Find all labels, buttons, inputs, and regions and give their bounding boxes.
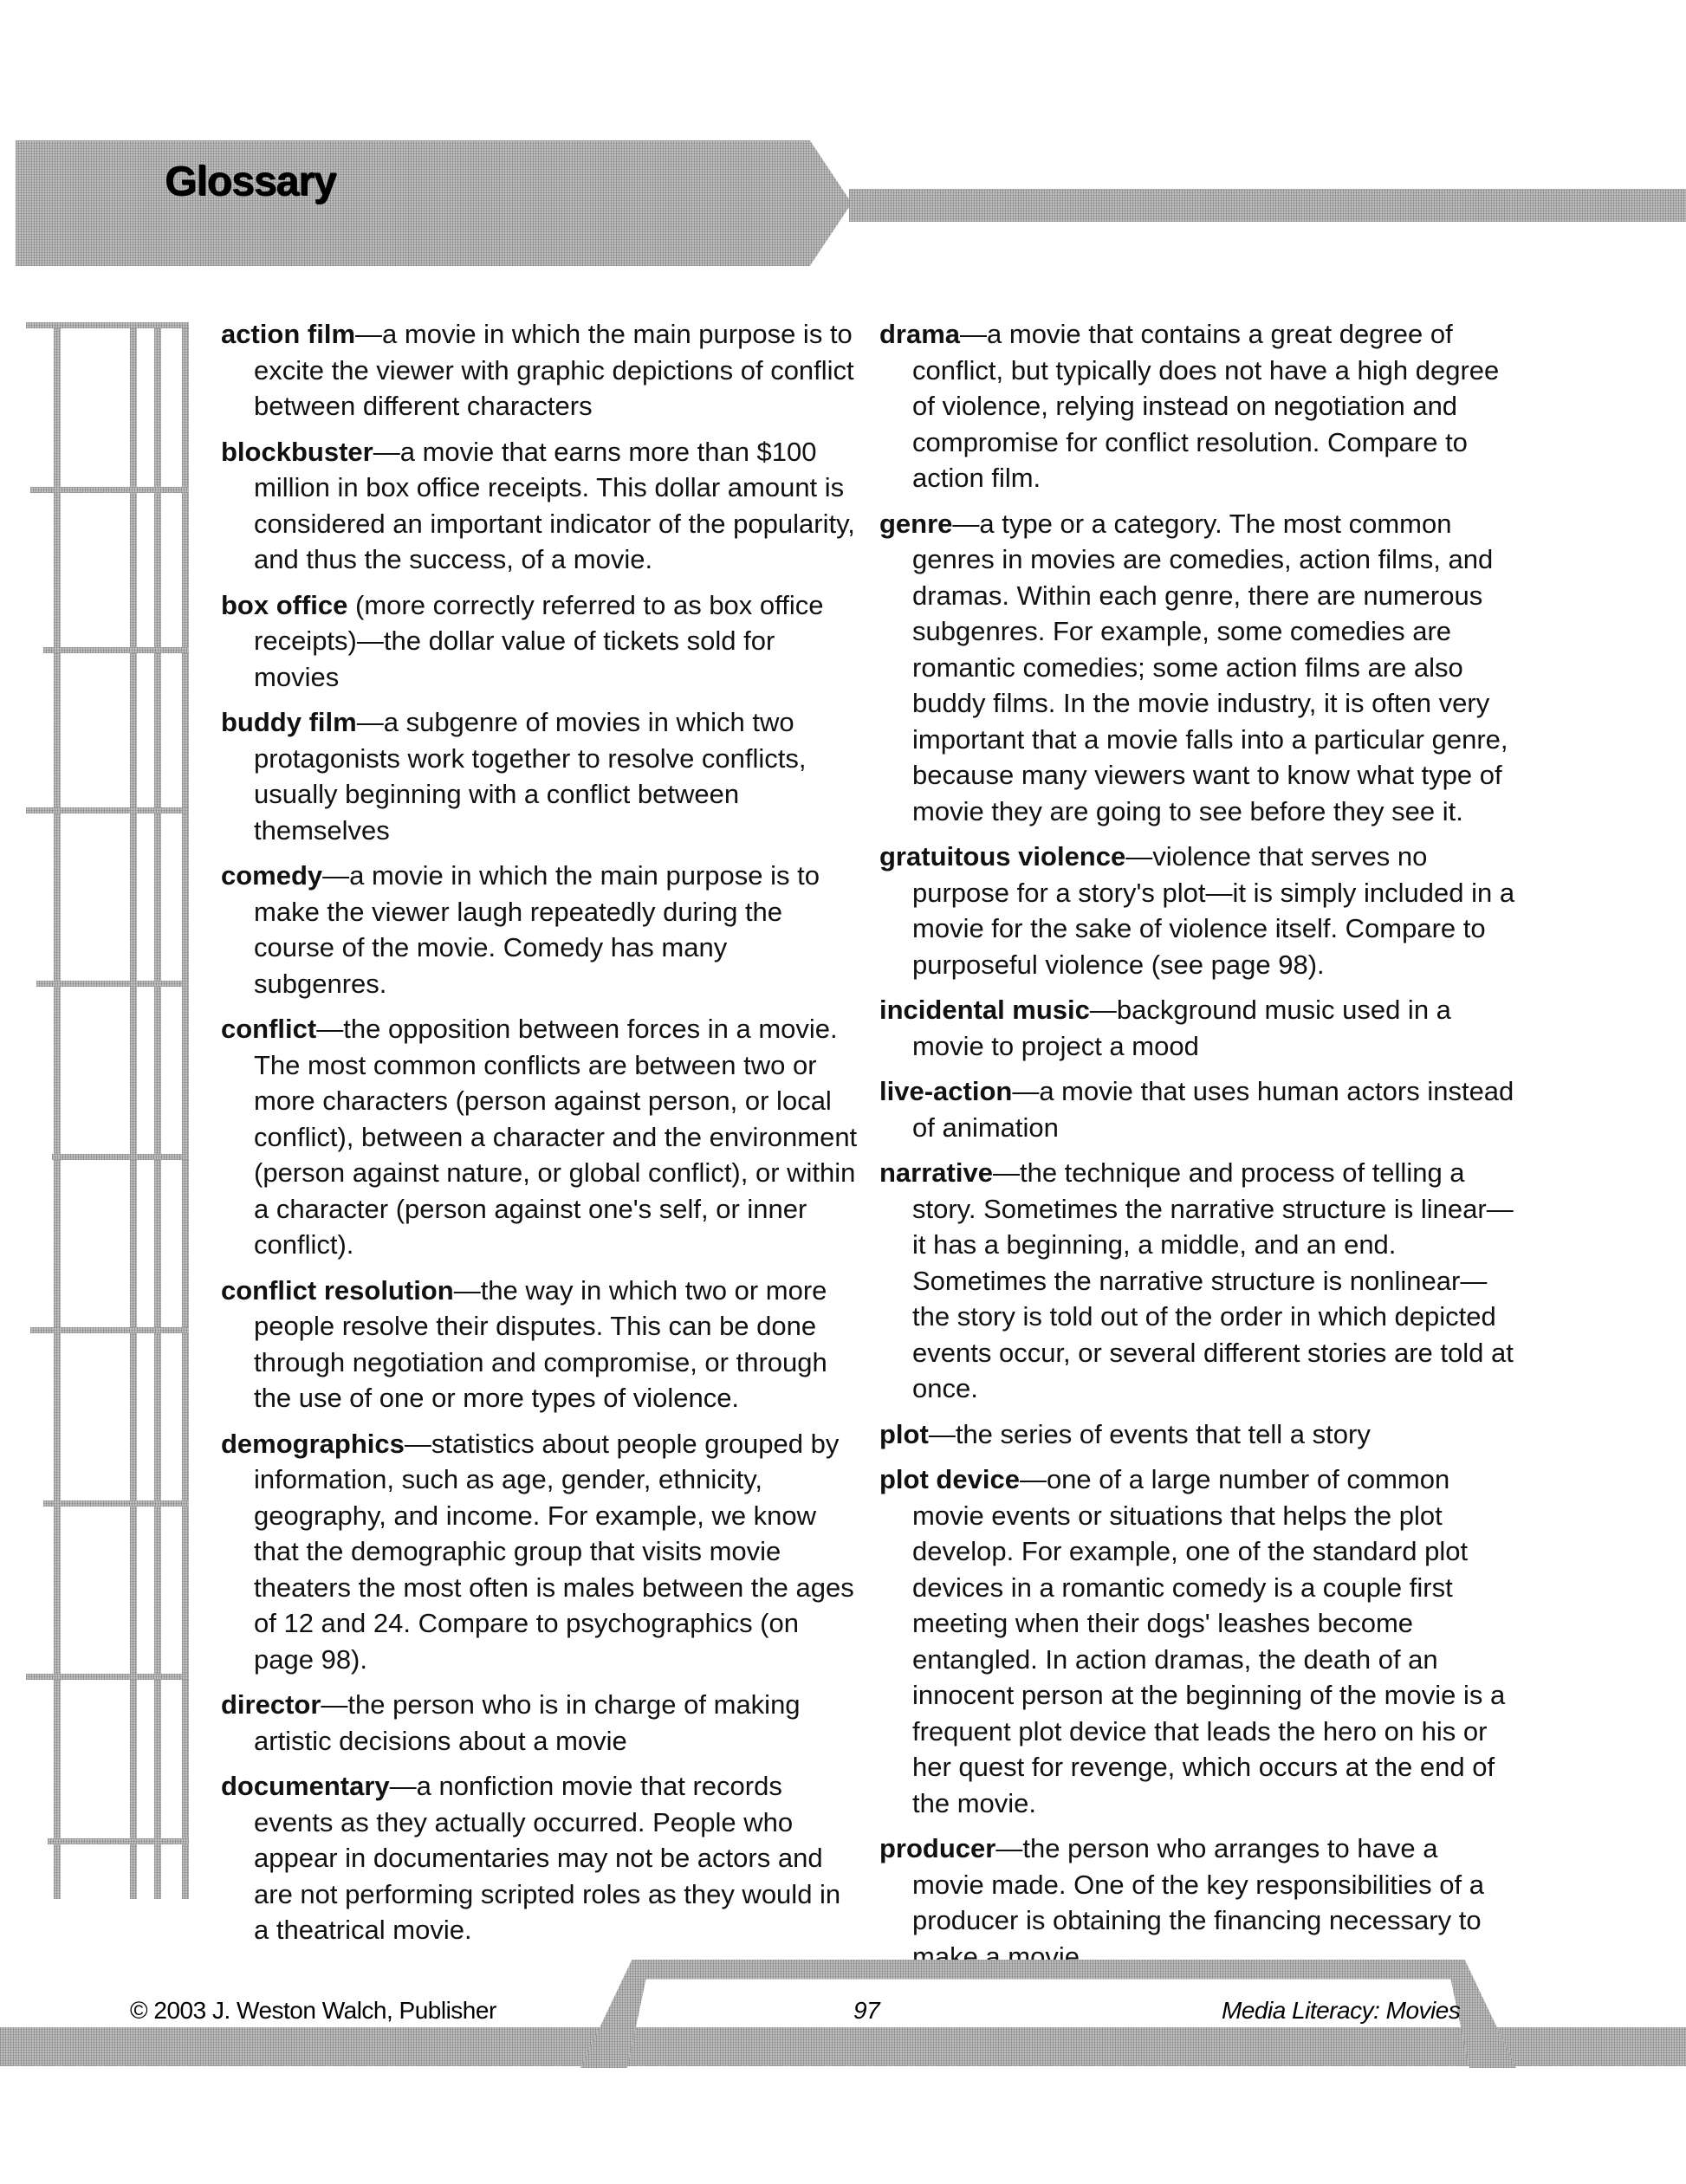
glossary-term: blockbuster — [221, 437, 373, 467]
glossary-definition: statistics about people grouped by infor… — [254, 1429, 854, 1675]
book-title: Media Literacy: Movies — [1222, 1997, 1460, 2025]
term-separator: — — [355, 319, 382, 349]
glossary-definition: a type or a category. The most common ge… — [912, 509, 1508, 826]
glossary-term: genre — [879, 509, 952, 539]
glossary-definition: one of a large number of common movie ev… — [912, 1464, 1505, 1818]
glossary-entry: gratuitous violence—violence that serves… — [879, 839, 1516, 982]
glossary-term: incidental music — [879, 995, 1090, 1025]
glossary-entry: narrative—the technique and process of t… — [879, 1155, 1516, 1407]
glossary-entry: plot—the series of events that tell a st… — [879, 1416, 1516, 1453]
glossary-term: plot device — [879, 1464, 1020, 1494]
glossary-term: conflict resolution — [221, 1275, 454, 1306]
glossary-entry: conflict—the opposition between forces i… — [221, 1011, 858, 1263]
term-separator: — — [390, 1771, 417, 1801]
term-separator: — — [1125, 841, 1152, 872]
glossary-term: demographics — [221, 1429, 405, 1459]
glossary-definition: the opposition between forces in a movie… — [254, 1014, 857, 1260]
footer-band — [0, 2027, 1686, 2066]
term-separator: — — [316, 1014, 343, 1044]
glossary-term: documentary — [221, 1771, 390, 1801]
glossary-entry: blockbuster—a movie that earns more than… — [221, 434, 858, 578]
glossary-term: box office — [221, 590, 347, 620]
glossary-term: action film — [221, 319, 355, 349]
glossary-definition: a movie that contains a great degree of … — [912, 319, 1499, 493]
glossary-term: gratuitous violence — [879, 841, 1125, 872]
glossary-term: live-action — [879, 1076, 1012, 1106]
glossary-term: director — [221, 1689, 321, 1720]
term-separator: — — [952, 509, 979, 539]
glossary-definition: the technique and process of telling a s… — [912, 1157, 1514, 1403]
term-separator: — — [1090, 995, 1117, 1025]
glossary-definition: the series of events that tell a story — [956, 1419, 1371, 1449]
term-separator: — — [357, 707, 384, 737]
glossary-term: comedy — [221, 860, 322, 891]
glossary-entry: genre—a type or a category. The most com… — [879, 506, 1516, 830]
glossary-entry: drama—a movie that contains a great degr… — [879, 316, 1516, 496]
header-banner — [16, 140, 852, 266]
glossary-term: producer — [879, 1833, 995, 1863]
glossary-entry: box office (more correctly referred to a… — [221, 587, 858, 696]
glossary-term: narrative — [879, 1157, 993, 1188]
glossary-column-right: drama—a movie that contains a great degr… — [879, 316, 1516, 1984]
glossary-column-left: action film—a movie in which the main pu… — [221, 316, 858, 1958]
glossary-entry: conflict resolution—the way in which two… — [221, 1273, 858, 1416]
glossary-term: conflict — [221, 1014, 316, 1044]
page-title: Glossary — [165, 158, 335, 205]
glossary-entry: action film—a movie in which the main pu… — [221, 316, 858, 424]
glossary-entry: comedy—a movie in which the main purpose… — [221, 858, 858, 1001]
term-separator: — — [321, 1689, 347, 1720]
header-rule — [849, 189, 1686, 222]
glossary-term: drama — [879, 319, 960, 349]
term-separator: — — [405, 1429, 431, 1459]
decorative-grid-stripes — [26, 322, 191, 1899]
glossary-term: buddy film — [221, 707, 357, 737]
copyright-text: © 2003 J. Weston Walch, Publisher — [130, 1997, 496, 2025]
term-separator — [347, 590, 355, 620]
term-separator: — — [373, 437, 400, 467]
glossary-entry: producer—the person who arranges to have… — [879, 1831, 1516, 1974]
glossary-entry: demographics—statistics about people gro… — [221, 1426, 858, 1678]
glossary-entry: director—the person who is in charge of … — [221, 1687, 858, 1759]
glossary-entry: incidental music—background music used i… — [879, 992, 1516, 1064]
glossary-entry: live-action—a movie that uses human acto… — [879, 1073, 1516, 1145]
glossary-entry: documentary—a nonfiction movie that reco… — [221, 1768, 858, 1948]
term-separator: — — [1020, 1464, 1047, 1494]
term-separator: — — [1012, 1076, 1039, 1106]
term-separator: — — [322, 860, 349, 891]
term-separator: — — [929, 1419, 956, 1449]
term-separator: — — [995, 1833, 1022, 1863]
glossary-entry: plot device—one of a large number of com… — [879, 1461, 1516, 1821]
page-number: 97 — [853, 1997, 879, 2025]
term-separator: — — [960, 319, 987, 349]
glossary-entry: buddy film—a subgenre of movies in which… — [221, 704, 858, 848]
term-separator: — — [454, 1275, 481, 1306]
term-separator: — — [993, 1157, 1020, 1188]
glossary-term: plot — [879, 1419, 929, 1449]
